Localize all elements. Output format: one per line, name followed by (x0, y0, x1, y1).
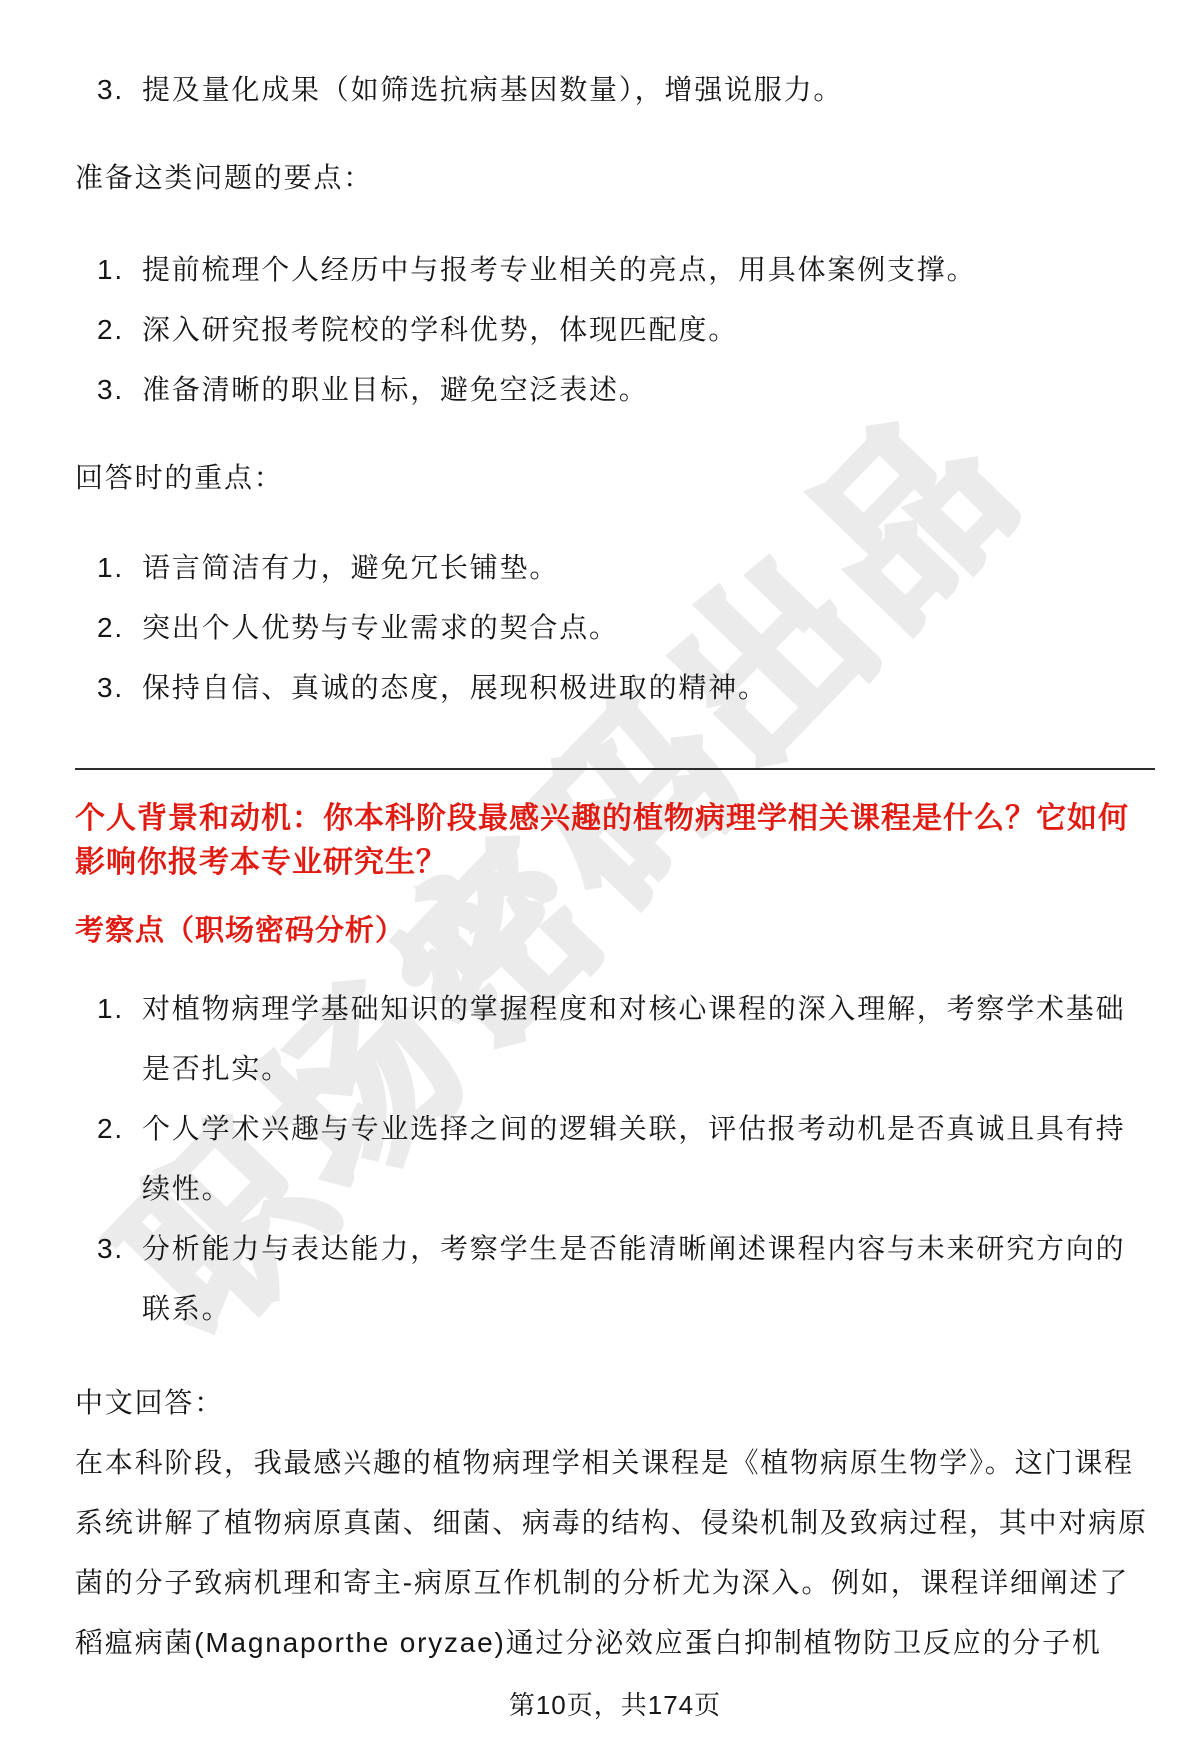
list-item: 2. 深入研究报考院校的学科优势，体现匹配度。 (75, 300, 1155, 360)
list-item-text: 提及量化成果（如筛选抗病基因数量），增强说服力。 (142, 60, 1155, 120)
list-item-number: 3. (97, 360, 142, 420)
list-item: 3. 分析能力与表达能力，考察学生是否能清晰阐述课程内容与未来研究方向的联系。 (75, 1219, 1155, 1339)
list-item: 3. 准备清晰的职业目标，避免空泛表述。 (75, 360, 1155, 420)
list-item-text: 个人学术兴趣与专业选择之间的逻辑关联，评估报考动机是否真诚且具有持续性。 (142, 1099, 1155, 1219)
list-item-text: 突出个人优势与专业需求的契合点。 (142, 598, 1155, 658)
list-item-number: 2. (97, 300, 142, 360)
list-item: 3. 保持自信、真诚的态度，展现积极进取的精神。 (75, 658, 1155, 718)
list-item-text: 准备清晰的职业目标，避免空泛表述。 (142, 360, 1155, 420)
chinese-answer-paragraph: 在本科阶段，我最感兴趣的植物病理学相关课程是《植物病原生物学》。这门课程系统讲解… (75, 1433, 1155, 1673)
list-item-number: 3. (97, 60, 142, 120)
list-item: 1. 提前梳理个人经历中与报考专业相关的亮点，用具体案例支撑。 (75, 240, 1155, 300)
list-item: 1. 对植物病理学基础知识的掌握程度和对核心课程的深入理解，考察学术基础是否扎实… (75, 979, 1155, 1099)
list-item: 2. 个人学术兴趣与专业选择之间的逻辑关联，评估报考动机是否真诚且具有持续性。 (75, 1099, 1155, 1219)
prep-list: 1. 提前梳理个人经历中与报考专业相关的亮点，用具体案例支撑。 2. 深入研究报… (75, 240, 1155, 420)
analysis-heading: 考察点（职场密码分析） (75, 911, 1155, 951)
list-item-text: 深入研究报考院校的学科优势，体现匹配度。 (142, 300, 1155, 360)
section-divider (75, 768, 1155, 770)
list-item: 2. 突出个人优势与专业需求的契合点。 (75, 598, 1155, 658)
list-item-text: 分析能力与表达能力，考察学生是否能清晰阐述课程内容与未来研究方向的联系。 (142, 1219, 1155, 1339)
interview-question: 个人背景和动机：你本科阶段最感兴趣的植物病理学相关课程是什么？它如何影响你报考本… (75, 797, 1155, 885)
list-item-number: 1. (97, 979, 142, 1039)
list-item-text: 保持自信、真诚的态度，展现积极进取的精神。 (142, 658, 1155, 718)
list-item-number: 3. (97, 658, 142, 718)
page-number-footer: 第10页，共174页 (75, 1685, 1155, 1722)
list-item-number: 2. (97, 1099, 142, 1159)
focus-section-heading: 回答时的重点： (75, 448, 1155, 508)
list-item-number: 3. (97, 1219, 142, 1279)
list-item-text: 对植物病理学基础知识的掌握程度和对核心课程的深入理解，考察学术基础是否扎实。 (142, 979, 1155, 1099)
list-item-number: 1. (97, 538, 142, 598)
list-item-text: 提前梳理个人经历中与报考专业相关的亮点，用具体案例支撑。 (142, 240, 1155, 300)
list-item-text: 语言简洁有力，避免冗长铺垫。 (142, 538, 1155, 598)
analysis-list: 1. 对植物病理学基础知识的掌握程度和对核心课程的深入理解，考察学术基础是否扎实… (75, 979, 1155, 1339)
list-item: 1. 语言简洁有力，避免冗长铺垫。 (75, 538, 1155, 598)
document-page: 3. 提及量化成果（如筛选抗病基因数量），增强说服力。 准备这类问题的要点： 1… (0, 0, 1200, 1722)
list-item-number: 2. (97, 598, 142, 658)
focus-list: 1. 语言简洁有力，避免冗长铺垫。 2. 突出个人优势与专业需求的契合点。 3.… (75, 538, 1155, 718)
list-item-number: 1. (97, 240, 142, 300)
prep-section-heading: 准备这类问题的要点： (75, 148, 1155, 208)
list-item: 3. 提及量化成果（如筛选抗病基因数量），增强说服力。 (75, 60, 1155, 120)
chinese-answer-label: 中文回答： (75, 1373, 1155, 1433)
